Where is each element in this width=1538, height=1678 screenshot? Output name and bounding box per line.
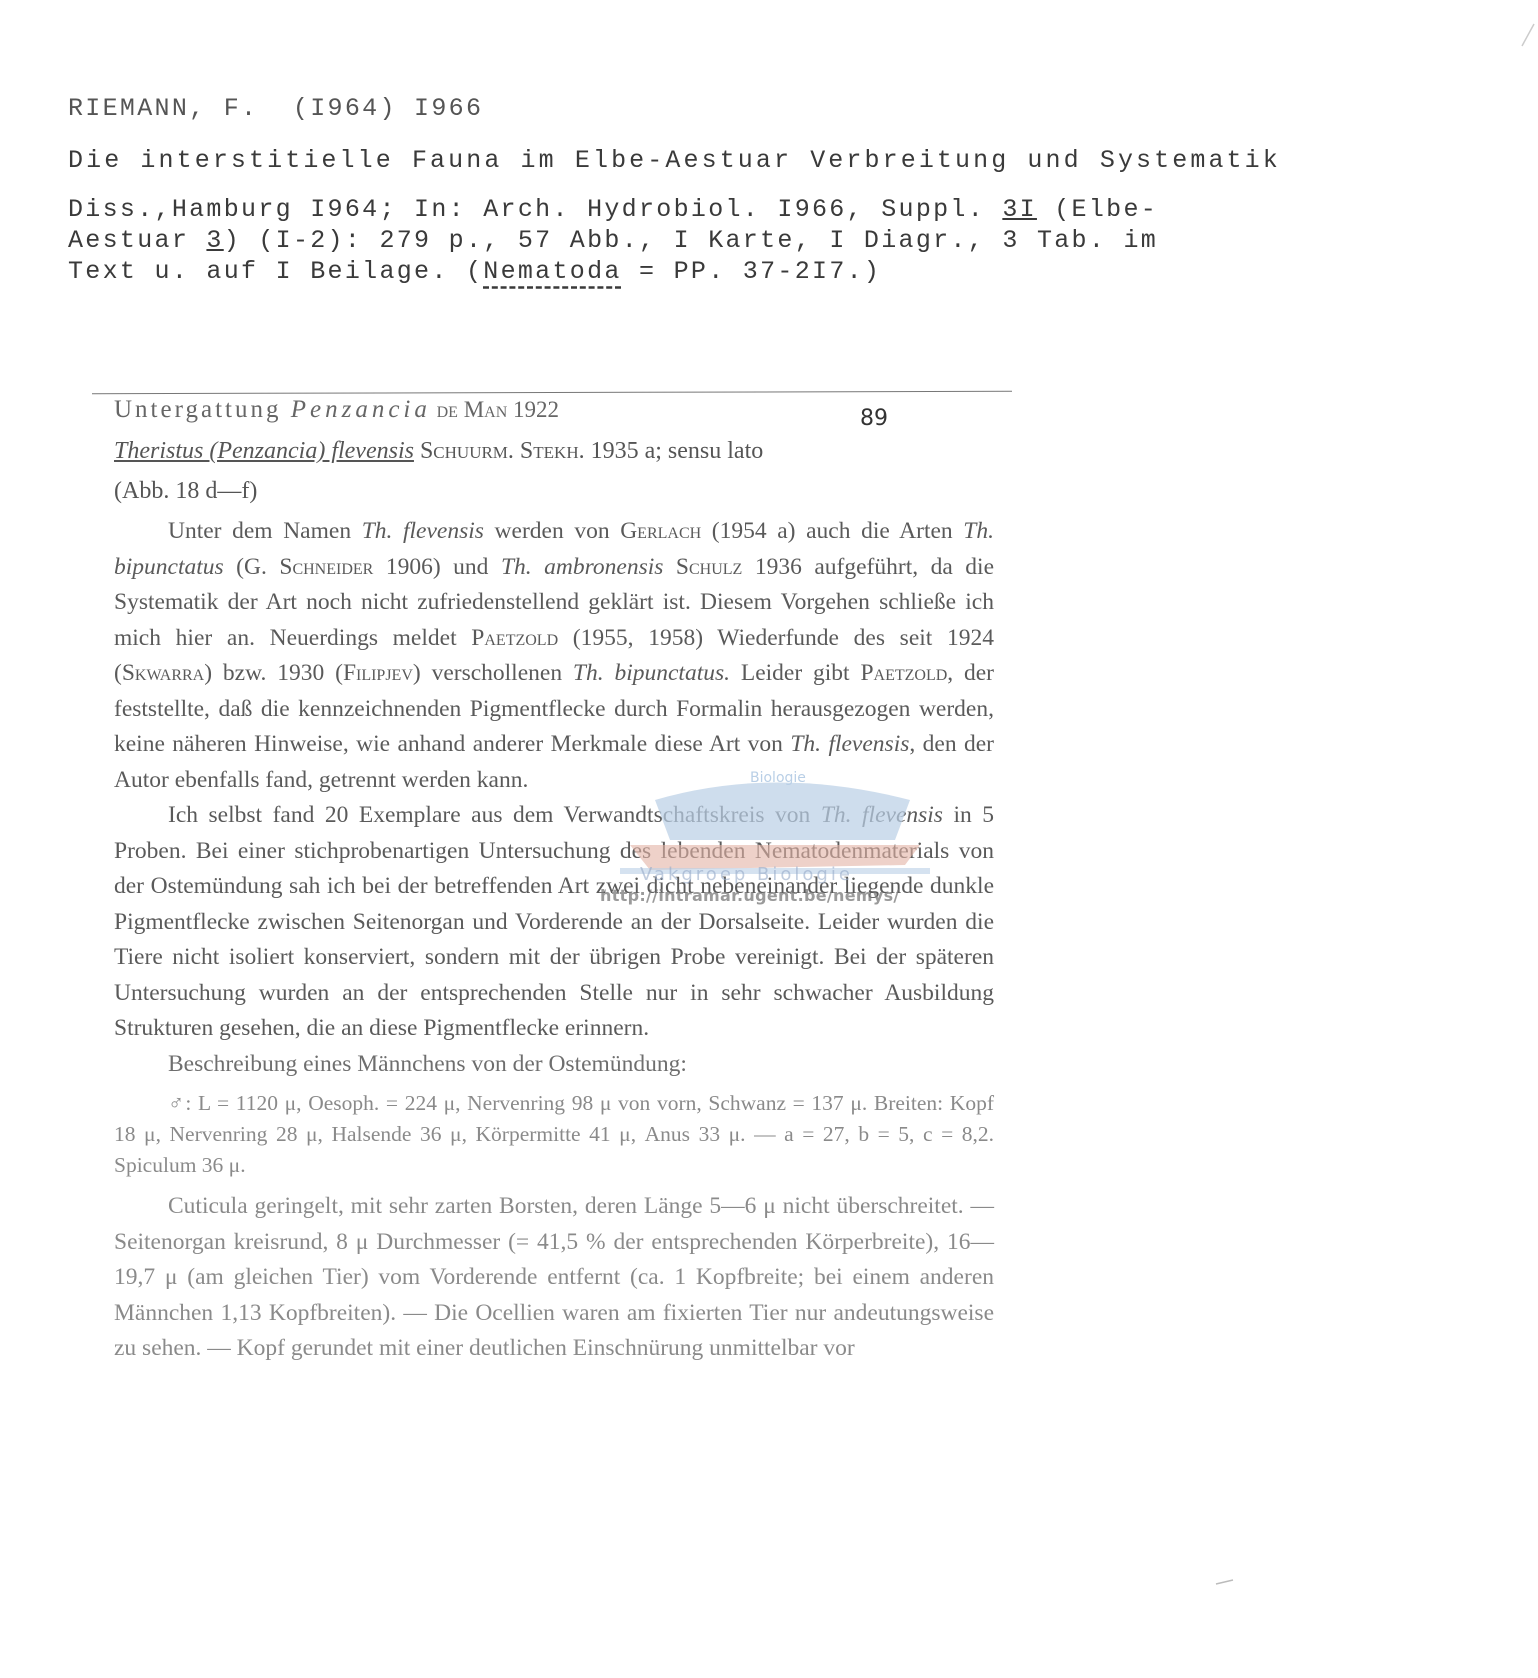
details-line3: Text u. auf I Beilage. (Nematoda = PP. 3… [68,257,881,286]
details-line2: Aestuar 3) (I-2): 279 p., 57 Abb., I Kar… [68,226,1158,255]
watermark-url: http://intramar.ugent.be/nemys/ [600,886,900,905]
scan-mark [1215,1578,1235,1586]
reference-title: Die interstitielle Fauna im Elbe-Aestuar… [68,146,1281,175]
watermark-department: Vakgroep Biologie [640,864,853,885]
page-number: 89 [860,406,888,431]
reference-author-year: RIEMANN, F. (I964) I966 [68,94,483,123]
genus-name: Penzancia [291,396,431,423]
figure-reference: (Abb. 18 d—f) [114,478,994,505]
volume-number: 3I [1002,195,1037,224]
species-heading: Theristus (Penzancia) flevensis Schuurm.… [114,438,994,465]
paragraph: Beschreibung eines Männchens von der Ost… [114,1047,994,1083]
excerpt-body: Unter dem Namen Th. flevensis werden von… [114,514,994,1367]
reference-details: Diss.,Hamburg I964; In: Arch. Hydrobiol.… [68,194,1158,287]
description-paragraph: Cuticula geringelt, mit sehr zarten Bors… [114,1189,994,1367]
excerpt-top-rule [92,391,1012,394]
scan-mark [1520,18,1538,48]
paragraph: Unter dem Namen Th. flevensis werden von… [114,514,994,798]
species-name: Theristus (Penzancia) flevensis [114,438,414,464]
paragraph: Ich selbst fand 20 Exemplare aus dem Ver… [114,798,994,1047]
part-number: 3 [206,226,223,255]
details-line1: Diss.,Hamburg I964; In: Arch. Hydrobiol.… [68,195,1158,224]
taxon-group: Nematoda [483,257,621,286]
measurements: ♂: L = 1120 μ, Oesoph. = 224 μ, Nervenri… [114,1088,994,1181]
